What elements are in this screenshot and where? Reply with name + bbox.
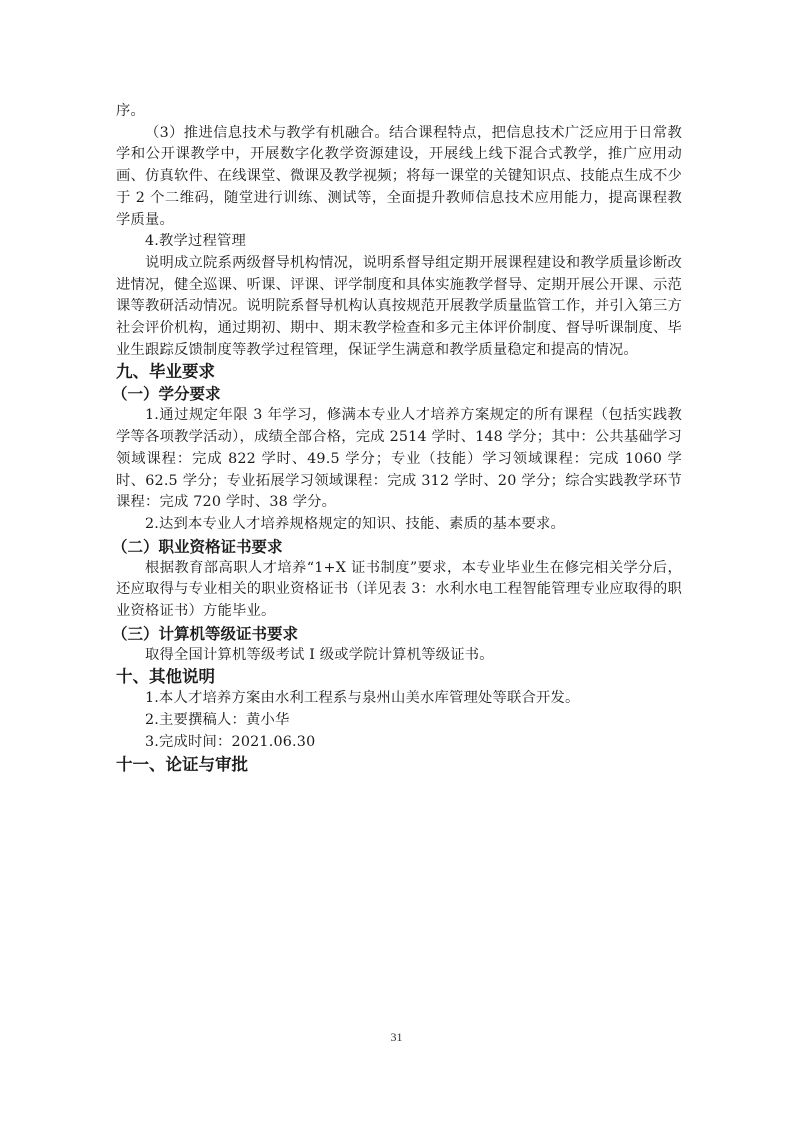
- paragraph-continuation: 序。: [116, 101, 682, 123]
- subheading-teaching-process: 4.教学过程管理: [116, 231, 682, 253]
- page-number: 31: [0, 1030, 793, 1045]
- paragraph-teaching-process: 说明成立院系两级督导机构情况，说明系督导组定期开展课程建设和教学质量诊断改进情况…: [116, 253, 682, 362]
- document-page: 序。 （3）推进信息技术与教学有机融合。结合课程特点，把信息技术广泛应用于日常教…: [116, 101, 682, 776]
- list-item: 3.完成时间：2021.06.30: [116, 732, 682, 754]
- subsection-heading-computer-cert: （三）计算机等级证书要求: [112, 623, 682, 645]
- subsection-heading-credits: （一）学分要求: [112, 383, 682, 405]
- paragraph-it-integration: （3）推进信息技术与教学有机融合。结合课程特点，把信息技术广泛应用于日常教学和公…: [116, 123, 682, 232]
- section-heading-other-notes: 十、其他说明: [116, 666, 682, 688]
- paragraph-credits-2: 2.达到本专业人才培养规格规定的知识、技能、素质的基本要求。: [116, 514, 682, 536]
- paragraph-certificates: 根据教育部高职人才培养“1+X 证书制度”要求，本专业毕业生在修完相关学分后，还…: [116, 558, 682, 623]
- paragraph-credits-1: 1.通过规定年限 3 年学习，修满本专业人才培养方案规定的所有课程（包括实践教学…: [116, 405, 682, 514]
- paragraph-computer-cert: 取得全国计算机等级考试 I 级或学院计算机等级证书。: [116, 645, 682, 667]
- list-item: 1.本人才培养方案由水利工程系与泉州山美水库管理处等联合开发。: [116, 688, 682, 710]
- section-heading-graduation: 九、毕业要求: [116, 361, 682, 383]
- section-heading-approval: 十一、论证与审批: [116, 754, 682, 776]
- subsection-heading-certificates: （二）职业资格证书要求: [112, 536, 682, 558]
- list-item: 2.主要撰稿人：黄小华: [116, 710, 682, 732]
